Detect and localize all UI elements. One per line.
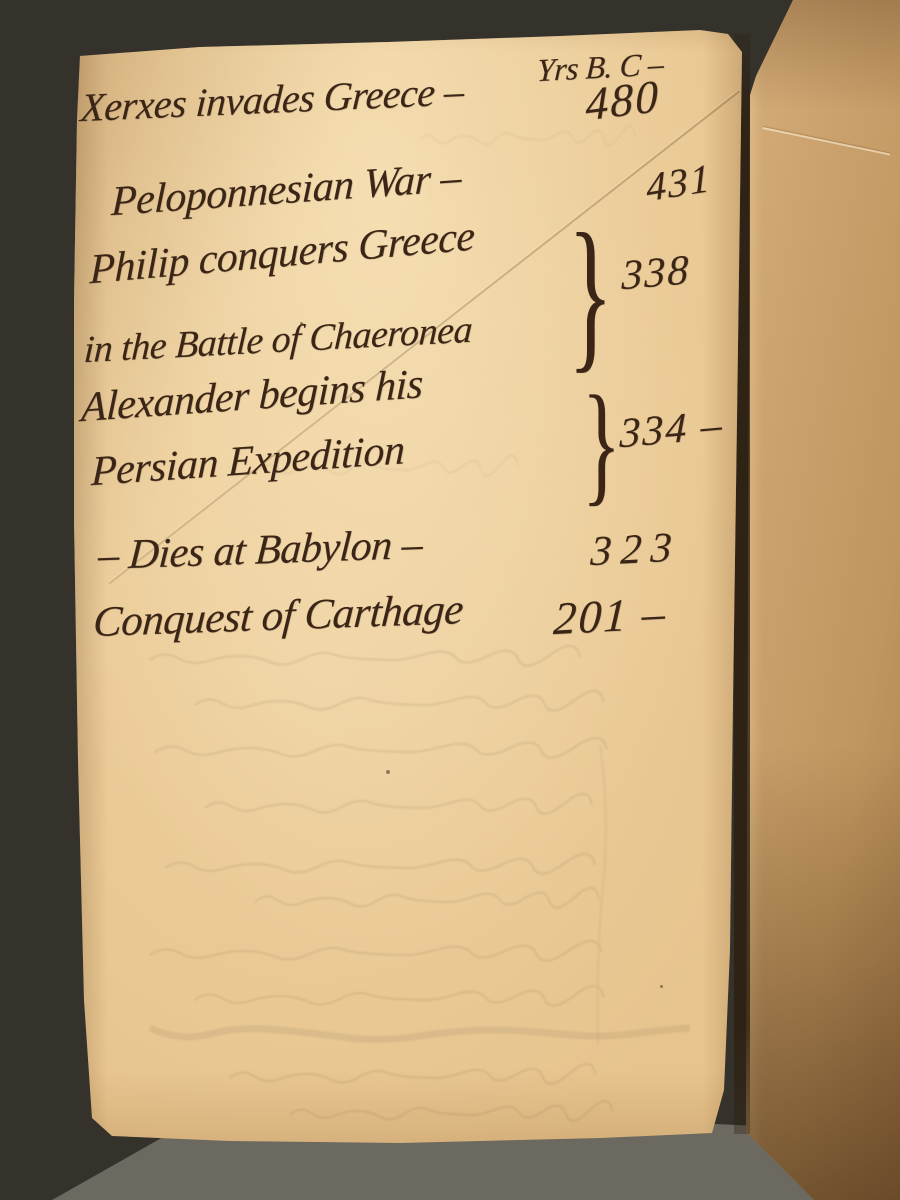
ink-speck [386,770,390,774]
grouping-brace-philip: } [568,208,613,378]
entry-philip-year: 338 [621,246,691,300]
entry-carthage-year: 201 – [552,586,668,645]
facing-page-crease [763,127,891,156]
facing-page [740,0,900,1200]
photograph-of-open-book: Yrs B. C – Xerxes invades Greece – 480 P… [0,0,900,1200]
ink-speck [660,985,663,988]
entry-xerxes-year: 480 [585,69,660,131]
entry-babylon-year: 323 [589,523,681,576]
grouping-brace-alexander: } [582,376,621,511]
entry-alexander-year: 334 – [619,401,724,458]
